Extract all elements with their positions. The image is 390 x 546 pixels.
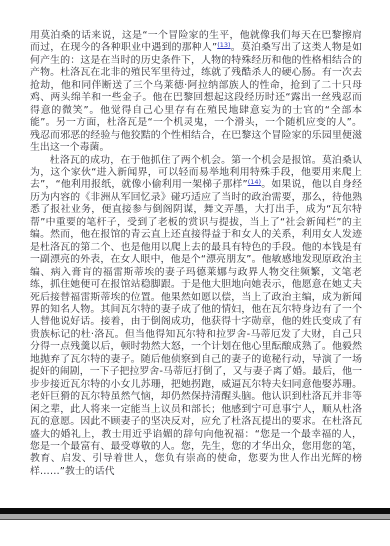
- paragraph-text: 。如果说，他以自身经历为内容的《非洲从军回忆录》碰巧适应了当时的政治需要，那么，…: [30, 179, 362, 476]
- paragraph: 用莫泊桑的话来说，这是“一个冒险家的生平，他就像我们每天在巴黎擦肩而过，在现今的…: [30, 30, 362, 155]
- page-break-divider-edge: [0, 519, 390, 520]
- footnote-ref-link[interactable]: (14): [248, 178, 261, 186]
- document-viewer: 用莫泊桑的话来说，这是“一个冒险家的生平，他就像我们每天在巴黎擦肩而过，在现今的…: [0, 0, 390, 546]
- paragraph: 杜洛瓦的成功，在于他抓住了两个机会。第一个机会是报馆。莫泊桑认为，这个家伙“进入…: [30, 155, 362, 479]
- footnote-ref-link[interactable]: (13): [217, 41, 230, 49]
- paragraph-text: 。莫泊桑写出了这类人物是如何产生的：这是在当时的历史条件下，人物的特殊经历和他的…: [30, 42, 362, 153]
- page-text: 用莫泊桑的话来说，这是“一个冒险家的生平，他就像我们每天在巴黎擦肩而过，在现今的…: [30, 30, 362, 478]
